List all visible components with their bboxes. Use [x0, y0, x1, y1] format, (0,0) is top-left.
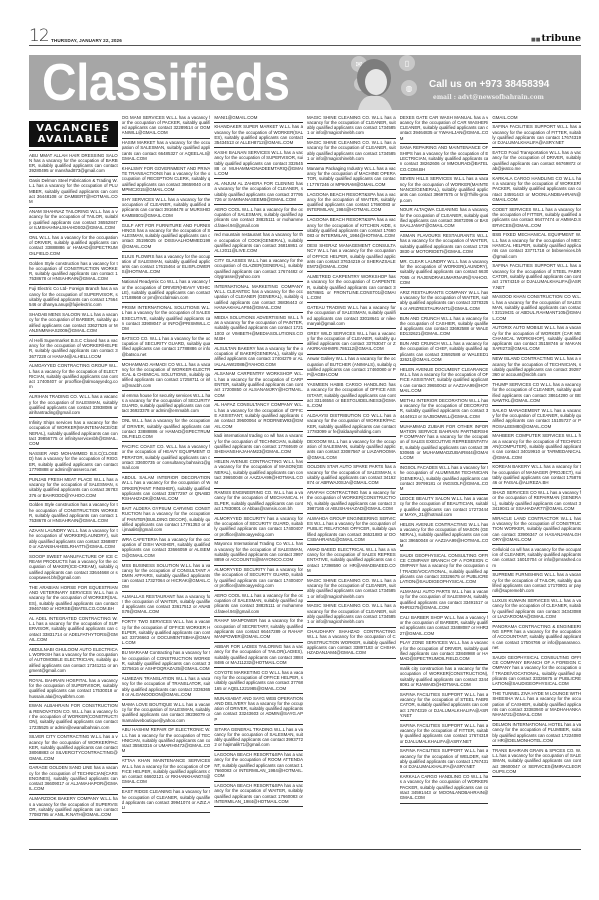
- classified-ad: SALKO MANAGEMENT W.L.L has a vacancy for…: [492, 406, 581, 432]
- classified-ad: Fuji Electric Co Ltd- Foreign Branch has…: [29, 285, 118, 311]
- classified-ad: AL ANJUM AL ZAHERA FOR CLENING has a vac…: [214, 179, 303, 205]
- classified-ad: SAFINA FACILITIES SUPPORT W.L.L has a va…: [400, 721, 489, 747]
- classified-ad: SEVEN HILLS SERVICES W.L.L has a vacancy…: [400, 175, 489, 206]
- classified-ad: ONL W.L.L has a vacancy for the occupati…: [29, 233, 118, 259]
- classified-ad: ALMORYYED SECURITY has a vacancy for the…: [214, 566, 303, 592]
- classified-ad: ALWAHDA GROUP ENGINEERING SERVICES W.L.L…: [307, 514, 396, 545]
- classified-ad: SHY SERVICES W.L.L has a vacancy for the…: [122, 195, 211, 221]
- classified-ad: ALMEZAN TRANSLATION W.L.L has a vacancy …: [122, 674, 211, 700]
- classified-ad: MEDIA SOLUTIONS ADVERTISING W.L.L has a …: [214, 313, 303, 344]
- classified-ad: THE TUNNEL ZIVA HYDE M LOUNGE WITH SHEES…: [492, 690, 581, 721]
- classified-ad: ALMOAYYED CONTRACTING GROUP W.L.L has a …: [29, 362, 118, 393]
- classified-ad: MAGIC SHINE CLEANING CO. W.L.L has a vac…: [307, 576, 396, 602]
- classified-ad: LUXUS KUWAIN SERVICES W.L.L has a vacanc…: [492, 597, 581, 623]
- classified-ad: BU MARAAM Contracting has a vacancy for …: [122, 649, 211, 675]
- classified-ad: HELEN AVENUE DOCUMENT CLEARANCE W.L.L ha…: [400, 365, 489, 396]
- classified-ad: Al Helli Supermarket B.S.C Closed has a …: [29, 336, 118, 362]
- classified-ad: ALMALLAS RESTAURANT has a vacancy for th…: [122, 592, 211, 618]
- classified-ad: ABU MMAT ALLAH HAIR DRESSING SALON has a…: [29, 150, 118, 177]
- page-date: THURSDAY, JANUARY 22, 2026: [51, 38, 122, 43]
- classified-ad: EATCO Food Transportation W.L.L has a va…: [492, 148, 581, 174]
- vacancies-available-heading: VACANCIES AVAILABLE: [29, 121, 118, 147]
- classified-ad: FORTY TWO SERVICES W.L.L has a vacancy f…: [122, 618, 211, 649]
- classified-ad: AERO COOL W.L.L has a vacancy for the oc…: [214, 205, 303, 231]
- classified-ad: PRISM INTERNATIONAL SOLUTIONS W.L.L has …: [122, 303, 211, 334]
- classified-ad: ABDUL SALAM INTERIOR DECORATION W.L.L ha…: [122, 473, 211, 504]
- classified-ad: GATEAU TRADING W.L.L has a vacancy for t…: [307, 303, 396, 329]
- classified-ad: Mayonco International Trading Co W.L.L h…: [214, 540, 303, 566]
- classified-ad: CHAUDHARY SHAHZAD CONTRACTING W.L.L has …: [307, 628, 396, 659]
- classified-ad: SUPREME FURNISHING W.L.L has a vacancy f…: [492, 571, 581, 597]
- heading-line-1: VACANCIES: [29, 124, 118, 135]
- classified-ad: Celluloid co wll has a vacancy for the o…: [492, 545, 581, 571]
- classified-ad: ALMARZOOK BAKERY COMPANY W.L.L has a vac…: [29, 795, 118, 821]
- classified-ad: MOHAMMAD AHMADI CO W.L.L has a vacancy f…: [122, 360, 211, 391]
- classified-ad: MUHAMMAD ZUBAIR FOR OTHER INFORMATION SE…: [400, 422, 489, 464]
- classified-ad: AMAD BAEED ELECTRICAL W.L.L has a vacanc…: [307, 545, 396, 576]
- classified-ad: RAMSIS ENGINEERING CO. W.L.L has a vacan…: [214, 489, 303, 515]
- classified-ad: Anwar Gallery W.L.L has a vacancy for th…: [307, 355, 396, 381]
- classified-ad: DEXES GATE CAR WASH MANUAL has a vacancy…: [400, 113, 489, 144]
- classified-ad: SHADAB MENS SALOON W.L.L has a vacancy f…: [29, 310, 118, 336]
- classified-ad: Oasis Delmon Steel Fabrication & Trading…: [29, 177, 118, 208]
- classified-ad: COYOTE MARKETING CO W.L.L has a vacancy …: [214, 668, 303, 694]
- classified-ad: MAGIC SHINE CLEANING CO. W.L.L has a vac…: [307, 602, 396, 628]
- classified-ad: PACIFIC COAST CO. W.L.L has a vacancy fo…: [122, 442, 211, 473]
- classified-ad: KARKALA CARGO HANDLING CO W.L.L has a va…: [400, 773, 489, 804]
- page-header: 12 THURSDAY, JANUARY 22, 2026 ■■tribune: [29, 28, 581, 46]
- logo-mark-icon: ■■: [531, 37, 540, 43]
- heading-line-2: AVAILABLE: [29, 135, 118, 146]
- masthead-logo: ■■tribune: [531, 33, 581, 44]
- classified-ad: LAGOONA BEACH RESORT&SPA has a vacancy f…: [214, 782, 303, 808]
- classified-ad: LAGOONA BEACH RESORT&SPA has a vacancy f…: [307, 190, 396, 216]
- classified-ad: ALSULTAN BAKERY has a vacancy for the oc…: [214, 344, 303, 370]
- classified-ad: SHAZI SERVICES CO W.L.L has a vacancy fo…: [492, 489, 581, 515]
- classified-ad: red mountain restaurant has a vacancy fo…: [214, 231, 303, 257]
- classified-ad: ARAFAH CONTRACTING has a vacancy for the…: [307, 489, 396, 515]
- classified-columns: VACANCIES AVAILABLE ABU MMAT ALLAH HAIR …: [29, 113, 581, 846]
- classified-ad: AZAAN LAUNDRY W.L.L has a vacancy for th…: [29, 527, 118, 553]
- classified-ad: Manama Packaging Industry W.L.L has a va…: [307, 164, 396, 190]
- classified-ad: GULF ART FOR FURNITURE AND FURNISHINGS h…: [122, 221, 211, 252]
- bottom-divider: [29, 849, 581, 850]
- classified-ad: LAGOONA BEACH RESORT&SPA has a vacancy f…: [214, 751, 303, 782]
- classifieds-banner: Classifieds ✉ ✆ ▯ ◍ Call us on +973 3845…: [29, 55, 581, 110]
- classified-ad: ALSANAM CARPENTRY WORKSHOP W.L.L has a v…: [214, 370, 303, 401]
- classified-ad: SAUDI GEOPHYSICAL CONSULTING OFFICE COMP…: [400, 551, 489, 587]
- classified-ad: DELMON INTERNATIONAL HOTEL has a vacancy…: [492, 721, 581, 747]
- column-3: MANI1@GMAIL.COMKHANDAKER SUPER MARKET W.…: [214, 113, 303, 846]
- classified-ad: INGSOL FACADES W.L.L has a vacancy for t…: [400, 464, 489, 495]
- mobile-icon: ▯: [399, 55, 415, 71]
- classified-ad: ONL W.L.L has a vacancy for the occupati…: [122, 417, 211, 443]
- email-contact: email : advt@newsofbahrain.com: [433, 94, 544, 101]
- classified-ad: MUNASABAT AND SAYG WEB OPERATION AND DEL…: [214, 694, 303, 725]
- classified-ad: SAUDI GEOPHYSICAL CONSULTING OFFICE COMP…: [492, 653, 581, 689]
- classified-ad: HASIM MARKET has a vacancy for the occup…: [122, 139, 211, 165]
- classified-ad: WRA CAFETERIA has a vacancy for the occu…: [122, 535, 211, 561]
- classified-ad: CODET SERVICES W.L.L has a vacancy for t…: [492, 205, 581, 231]
- classified-ad: GREY WILD SERVICES W.L.L has a vacancy f…: [307, 329, 396, 355]
- classified-ad: Golden Style construction has a vacancy …: [29, 501, 118, 527]
- classified-ad: malik city construction has a vacancy fo…: [400, 665, 489, 691]
- classified-ad: ABDULNABI GHULOOM AUTO ELECTRICAL WORKSH…: [29, 645, 118, 676]
- classified-ad: YASMEEN HABIB CARGO HANDLING has a vacan…: [307, 380, 396, 411]
- classified-ad: Golden Style construction has a vacancy …: [29, 259, 118, 285]
- classified-ad: HELEN AVENUE CONTRACTING W.L.L has a vac…: [400, 520, 489, 551]
- classified-ad: ABBAR FOR LADIES TAILORING has a vacancy…: [214, 643, 303, 669]
- classified-ad: BUN AND CRUNCH W.L.L has a vacancy for t…: [400, 340, 489, 366]
- classified-ad: AERO COOL W.L.L has a vacancy for the oc…: [214, 591, 303, 617]
- classified-ad: CITY GLASSES W.L.L has a vacancy for the…: [214, 257, 303, 283]
- classified-ad: KHANDAKER SUPER MARKET W.L.L has a vacan…: [214, 123, 303, 149]
- classified-ad: KARKALA CARGO HANDLING CO W.L.L has a va…: [492, 174, 581, 205]
- classified-ad: RAHAF MANPOWER has a vacancy for the occ…: [214, 617, 303, 643]
- classified-ad: MR. CLEAR LAUNDRY W.L.L has a vacancy fo…: [400, 257, 489, 288]
- classified-ad: ANAM SHAHNAZ TAILORING W.L.L has a vacan…: [29, 208, 118, 234]
- classified-ad: TRANS BAHRAIN GRAIN & SPICES CO. W.L.L h…: [492, 746, 581, 777]
- classified-ad: ATTAA KHAN MAINTENANCE SERVICES W.L.L ha…: [122, 757, 211, 788]
- classified-ad: ARIZ RESTAURANTS COMPANY W.L.L has a vac…: [400, 288, 489, 314]
- classified-ad: MSS BUSINESS SOLUTION W.L.L has a vacanc…: [122, 561, 211, 592]
- classified-ad: ALMETRED CARPENTRY WORKSHOP has a vacanc…: [307, 272, 396, 303]
- classified-ad: ALMORYYED SECURITY has a vacancy for the…: [214, 514, 303, 540]
- classified-ad: MAMA LOVE BOUTIQUE W.L.L has a vacancy f…: [122, 700, 211, 726]
- column-6: GMAIL.COMSAFINA FACILITIES SUPPORT W.L.L…: [492, 113, 581, 846]
- classified-ad: THE ARABIAN HORSE FOR EQUESTRIAN AND VET…: [29, 583, 118, 614]
- classified-ad: al emma house for security services W.L.…: [122, 391, 211, 417]
- brand-name: tribune: [541, 33, 581, 44]
- classified-ad: SAFINA FACILITIES SUPPORT W.L.L has a va…: [400, 690, 489, 721]
- classified-ad: ABU HASHIM REPAIR OF ELECTRONIC W.L.L ha…: [122, 726, 211, 757]
- classified-ad: MASOOD KHAN CONSTRUCTION CO W.L.L has a …: [492, 293, 581, 324]
- classified-ad: LEOCE BEAUTY SALON W.L.L has a vacancy f…: [400, 495, 489, 521]
- section-title: Classifieds: [42, 55, 290, 110]
- classified-ad: MIRACLE LAND CONTRACTOR W.L.L has a vaca…: [492, 514, 581, 545]
- classified-ad: SAFINA FACILITIES SUPPORT W.L.L has a va…: [492, 262, 581, 293]
- classified-ad: PUNJAB FRESH MEAT PLACE W.L.L has a vaca…: [29, 475, 118, 501]
- column-2: OG MANI SERVICES W.L.L has a vacancy for…: [122, 113, 211, 846]
- classified-ad: BATSCO CO. W.L.L has a vacancy for the o…: [122, 334, 211, 360]
- column-5: DEXES GATE CAR WASH MANUAL has a vacancy…: [400, 113, 489, 846]
- classified-ad: GMAIL.COM: [492, 113, 581, 123]
- phone-contact: Call us on +973 38458394: [429, 79, 549, 90]
- globe-icon: ◍: [401, 80, 417, 96]
- classified-ad: DEXOOM W.L.L has a vacancy for the occup…: [307, 437, 396, 463]
- classified-ad: SITARA GENERAL TRADING W.L.L has a vacan…: [214, 725, 303, 751]
- classified-ad: AUTORIX AUTO MOBILE W.L.L has a vacancy …: [492, 324, 581, 355]
- classified-ad: National Readymix Co W.L.L has a vacancy…: [122, 278, 211, 304]
- classified-ad: SILVER CITY CONTRACTING W.L.L has a vaca…: [29, 733, 118, 764]
- classified-ad: METHU INTERIOR DECORATION W.L.L has a va…: [400, 396, 489, 422]
- classified-ad: AL ADEL INTEGRATED CONTRACTING W.L.L has…: [29, 614, 118, 645]
- classified-ad: ALRIHAN TRADING CO. W.L.L has a vacancy …: [29, 393, 118, 419]
- classified-ad: SAFINA FACILITIES SUPPORT W.L.L has a va…: [400, 747, 489, 773]
- classified-ad: DESI SHERAZ MANAGEMENT CONSULTANCY W.L.L…: [307, 241, 396, 272]
- classified-ad: MAGIC SHINE CLEANING CO. W.L.L has a vac…: [307, 139, 396, 165]
- classified-ad: BSB FIXED MECHANICAL EQUIPMENT W.L.L has…: [492, 231, 581, 262]
- classified-ad: INTERNATIONAL MARKETING COMPANY W.L.L CL…: [214, 282, 303, 313]
- classified-ad: CALI BARBER SHOP W.L.L has a vacancy for…: [400, 613, 489, 639]
- classified-ad: HELEN AVENUE CONTRACTING W.L.L has a vac…: [214, 458, 303, 489]
- classified-ad: ALMANALI AUTO PARTS W.L.L has a vacancy …: [400, 588, 489, 614]
- classified-ad: BUN AND CRUNCH W.L.L has a vacancy for t…: [400, 314, 489, 340]
- classified-ad: LAGOONA BEACH RESORT&SPA has a vacancy f…: [307, 216, 396, 242]
- column-1: VACANCIES AVAILABLE ABU MMAT ALLAH HAIR …: [29, 113, 118, 846]
- classified-ad: GARAGE GOLDEN SAND LINE has a vacancy fo…: [29, 764, 118, 795]
- operator-illustration-icon: [352, 58, 396, 110]
- classified-ad: KOREAN BAKERY W.L.L has a vacancy for th…: [492, 463, 581, 489]
- classified-ad: PANORAMA CONTRACTING & ENGINEERING SPPR …: [492, 622, 581, 653]
- classified-ad: MANI1@GMAIL.COM: [214, 113, 303, 123]
- classified-ad: KASHI BALNAN SERVICES W.L.L has a vacanc…: [214, 148, 303, 179]
- classified-ad: KHALSMY FOR GOVERNMENT AND PRIVATE TRANS…: [122, 164, 211, 195]
- classified-ad: SAFINA FACILITIES SUPPORT W.L.L has a va…: [492, 123, 581, 149]
- classified-ad: Infinity Ships services has a vacancy fo…: [29, 418, 118, 449]
- classified-ad: MAGIC SHINE CLEANING CO. W.L.L has a vac…: [307, 113, 396, 139]
- classified-ad: NOUR ALTAQWA CLEANING has a vacancy for …: [400, 206, 489, 232]
- classified-ad: NASSER AND MOHAMMED B.S.C(CLOSED) has a …: [29, 449, 118, 475]
- classified-ad: AL HAFAZ CONSULTANCY COMPANY W.L.L has a…: [214, 401, 303, 432]
- classified-ad: kadi international trading co wll has a …: [214, 432, 303, 458]
- classified-ad: ASMAN FLAVOURS RESTAURANTS W.L.L has a v…: [400, 232, 489, 258]
- classified-ad: EWAN ALBAHRAIN FOR CONSTRUCTION & RENOVA…: [29, 702, 118, 733]
- classified-ad: PLAY ZONE SERVICES W.L.L has a vacancy f…: [400, 639, 489, 665]
- classified-ad: ALDAAYSI DISTRIBUTION CO W.L.L has a vac…: [307, 411, 396, 437]
- classified-ad: GOLDEN STAR AUTO SPARE PARTS has a vacan…: [307, 463, 396, 489]
- classified-ad: OG MANI SERVICES W.L.L has a vacancy for…: [122, 113, 211, 139]
- page-number: 12: [29, 26, 49, 46]
- classified-ad: BAIT ALDERA GYPSUM CARVING CONSTRUCTION …: [122, 504, 211, 535]
- classified-ad: NEW ISLAND CONTRACTING W.L.L has a vacan…: [492, 355, 581, 381]
- classified-ad: THUMP SERVICES CO W.L.L has a vacancy fo…: [492, 380, 581, 406]
- classified-ad: SOOOP SWEET MANUFACTURE OF ICE CREAM PRO…: [29, 552, 118, 583]
- column-4: MAGIC SHINE CLEANING CO. W.L.L has a vac…: [307, 113, 396, 846]
- classified-ad: SANA REPAIRING AND MAINTENANCE OF SHIPS …: [400, 144, 489, 175]
- classified-ad: MAHBEER COMPUTER SERVICES W.L.L has a va…: [492, 432, 581, 463]
- classified-ad: ROYAL BAHRAIN HOSPITAL has a vacancy for…: [29, 676, 118, 702]
- classified-ad: ELIUS FLOWRS has a vacancy for the occup…: [122, 252, 211, 278]
- classified-ad: EAST RIDGE CLEANING has a vacancy for th…: [122, 788, 211, 814]
